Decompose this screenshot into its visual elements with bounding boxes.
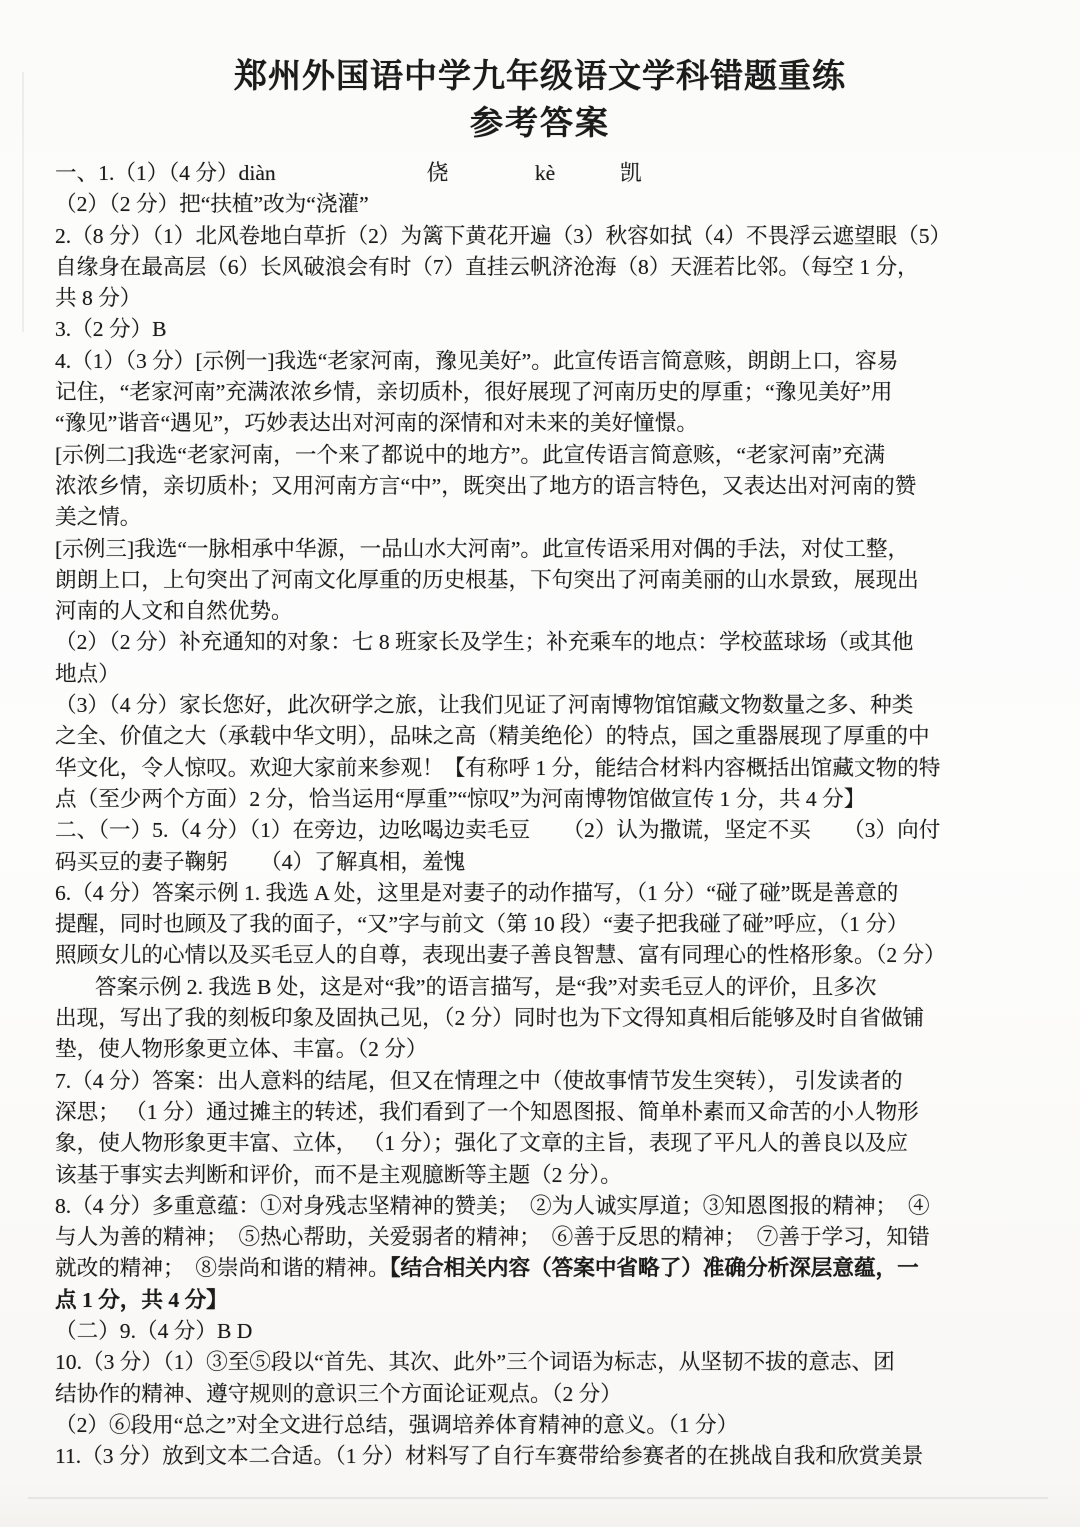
answer-line: 二、（一）5.（4 分）（1）在旁边，边吆喝边卖毛豆 （2）认为撒谎，坚定不买 … <box>55 815 1040 846</box>
answer-text: 7.（4 分）答案：出人意料的结尾，但又在情理之中（使故事情节发生突转）， 引发… <box>55 1069 903 1093</box>
answer-line: 与人为善的精神； ⑤热心帮助，关爱弱者的精神； ⑥善于反思的精神； ⑦善于学习，… <box>55 1222 1040 1253</box>
answer-text: 自缘身在最高层（6）长风破浪会有时（7）直挂云帆济沧海（8）天涯若比邻。（每空 … <box>55 255 919 279</box>
answer-line: 就改的精神； ⑧崇尚和谐的精神。【结合相关内容（答案中省略了）准确分析深层意蕴，… <box>55 1253 1040 1284</box>
answer-line: 照顾女儿的心情以及买毛豆人的自尊，表现出妻子善良智慧、富有同理心的性格形象。（2… <box>55 940 1040 971</box>
answer-line: 地点） <box>55 659 1040 690</box>
answer-line: 出现，写出了我的刻板印象及固执己见，（2 分）同时也为下文得知真相后能够及时自省… <box>55 1003 1040 1034</box>
answer-text: 象，使人物形象更丰富、立体， （1 分）；强化了文章的主旨，表现了平凡人的善良以… <box>55 1131 908 1155</box>
answer-line: 7.（4 分）答案：出人意料的结尾，但又在情理之中（使故事情节发生突转）， 引发… <box>55 1066 1040 1097</box>
answer-line: 该基于事实去判断和评价，而不是主观臆断等主题（2 分）。 <box>55 1160 1040 1191</box>
page-edge-left <box>22 72 24 332</box>
answer-text: 提醒，同时也顾及了我的面子，“又”字与前文（第 10 段）“妻子把我碰了碰”呼应… <box>55 912 909 936</box>
answer-text: 朗朗上口，上句突出了河南文化厚重的历史根基，下句突出了河南美丽的山水景致，展现出 <box>55 568 919 592</box>
page-edge-bottom <box>28 1497 1048 1499</box>
answer-text: 照顾女儿的心情以及买毛豆人的自尊，表现出妻子善良智慧、富有同理心的性格形象。（2… <box>55 943 946 967</box>
answer-text: 垫，使人物形象更立体、丰富。（2 分） <box>55 1037 428 1061</box>
answer-text: 就改的精神； ⑧崇尚和谐的精神。 <box>55 1256 390 1280</box>
answer-text: 美之情。 <box>55 505 141 529</box>
answer-text: （二）9.（4 分）B D <box>55 1319 252 1343</box>
answer-text: 记住，“老家河南”充满浓浓乡情，亲切质朴，很好展现了河南历史的厚重；“豫见美好”… <box>55 380 892 404</box>
answer-line: （2）（2 分）补充通知的对象：七 8 班家长及学生；补充乘车的地点：学校蓝球场… <box>55 627 1040 658</box>
answer-text: 6.（4 分）答案示例 1. 我选 A 处，这里是对妻子的动作描写，（1 分）“… <box>55 881 898 905</box>
answer-line: [示例二]我选“老家河南，一个来了都说中的地方”。此宣传语言简意赅，“老家河南”… <box>55 440 1040 471</box>
document-title: 郑州外国语中学九年级语文学科错题重练 <box>0 0 1080 97</box>
answer-text: 出现，写出了我的刻板印象及固执己见，（2 分）同时也为下文得知真相后能够及时自省… <box>55 1006 924 1030</box>
scanned-answer-sheet: 郑州外国语中学九年级语文学科错题重练 参考答案 一、1.（1）（4 分）diàn… <box>0 0 1080 1527</box>
answer-line: 6.（4 分）答案示例 1. 我选 A 处，这里是对妻子的动作描写，（1 分）“… <box>55 878 1040 909</box>
answer-line: （二）9.（4 分）B D <box>55 1316 1040 1347</box>
answer-text: 之全、价值之大（承载中华文明），品味之高（精美绝伦）的特点，国之重器展现了厚重的… <box>55 724 930 748</box>
answer-text: 3.（2 分）B <box>55 317 167 341</box>
answer-line: 码买豆的妻子鞠躬 （4）了解真相，羞愧 <box>55 847 1040 878</box>
answer-line: 记住，“老家河南”充满浓浓乡情，亲切质朴，很好展现了河南历史的厚重；“豫见美好”… <box>55 377 1040 408</box>
answer-text: 二、（一）5.（4 分）（1）在旁边，边吆喝边卖毛豆 （2）认为撒谎，坚定不买 … <box>55 818 940 842</box>
answer-line: [示例三]我选“一脉相承中华源，一品山水大河南”。此宣传语采用对偶的手法，对仗工… <box>55 534 1040 565</box>
answer-text: 该基于事实去判断和评价，而不是主观臆断等主题（2 分）。 <box>55 1163 622 1187</box>
answer-text: [示例二]我选“老家河南，一个来了都说中的地方”。此宣传语言简意赅，“老家河南”… <box>55 443 885 467</box>
answer-text: 深思； （1 分）通过摊主的转述，我们看到了一个知恩图报、简单朴素而又命苦的小人… <box>55 1100 919 1124</box>
answer-line: （2）⑥段用“总之”对全文进行总结，强调培养体育精神的意义。（1 分） <box>55 1410 1040 1441</box>
answer-text: 答案示例 2. 我选 B 处，这是对“我”的语言描写，是“我”对卖毛豆人的评价，… <box>95 975 877 999</box>
answer-text: 与人为善的精神； ⑤热心帮助，关爱弱者的精神； ⑥善于反思的精神； ⑦善于学习，… <box>55 1225 930 1249</box>
answer-line: 10.（3 分）（1）③至⑤段以“首先、其次、此外”三个词语为标志，从坚韧不拔的… <box>55 1347 1040 1378</box>
answer-text: 共 8 分） <box>55 286 141 310</box>
answer-text: “豫见”谐音“遇见”，巧妙表达出对河南的深情和对未来的美好憧憬。 <box>55 411 698 435</box>
answer-line: 深思； （1 分）通过摊主的转述，我们看到了一个知恩图报、简单朴素而又命苦的小人… <box>55 1097 1040 1128</box>
answer-line: 共 8 分） <box>55 283 1040 314</box>
answer-line: 结协作的精神、遵守规则的意识三个方面论证观点。（2 分） <box>55 1379 1040 1410</box>
answer-text: （2）（2 分）补充通知的对象：七 8 班家长及学生；补充乘车的地点：学校蓝球场… <box>55 630 913 654</box>
answer-text: 华文化，令人惊叹。欢迎大家前来参观！【有称呼 1 分，能结合材料内容概括出馆藏文… <box>55 756 940 780</box>
answer-line: 8.（4 分）多重意蕴：①对身残志坚精神的赞美； ②为人诚实厚道；③知恩图报的精… <box>55 1191 1040 1222</box>
answer-line: 自缘身在最高层（6）长风破浪会有时（7）直挂云帆济沧海（8）天涯若比邻。（每空 … <box>55 252 1040 283</box>
answer-text: 8.（4 分）多重意蕴：①对身残志坚精神的赞美； ②为人诚实厚道；③知恩图报的精… <box>55 1194 930 1218</box>
answer-text: 码买豆的妻子鞠躬 （4）了解真相，羞愧 <box>55 850 465 874</box>
answer-text: [示例三]我选“一脉相承中华源，一品山水大河南”。此宣传语采用对偶的手法，对仗工… <box>55 537 909 561</box>
answer-key-heading: 参考答案 <box>0 97 1080 144</box>
answer-text: 点（至少两个方面）2 分，恰当运用“厚重”“惊叹”为河南博物馆做宣传 1 分，共… <box>55 787 865 811</box>
answer-text: （3）（4 分）家长您好，此次研学之旅，让我们见证了河南博物馆馆藏文物数量之多、… <box>55 693 913 717</box>
answer-text: 一、1.（1）（4 分）diàn 侥 kè 凯 <box>55 161 642 185</box>
answer-line: 河南的人文和自然优势。 <box>55 596 1040 627</box>
answer-line: 美之情。 <box>55 502 1040 533</box>
scoring-note: 点 1 分，共 4 分】 <box>55 1288 228 1312</box>
answers-body: 一、1.（1）（4 分）diàn 侥 kè 凯（2）（2 分）把“扶植”改为“浇… <box>55 158 1040 1472</box>
answer-line: 象，使人物形象更丰富、立体， （1 分）；强化了文章的主旨，表现了平凡人的善良以… <box>55 1128 1040 1159</box>
answer-text: （2）⑥段用“总之”对全文进行总结，强调培养体育精神的意义。（1 分） <box>55 1413 738 1437</box>
answer-text: 10.（3 分）（1）③至⑤段以“首先、其次、此外”三个词语为标志，从坚韧不拔的… <box>55 1350 895 1374</box>
answer-text: 4.（1）（3 分）[示例一]我选“老家河南，豫见美好”。此宣传语言简意赅，朗朗… <box>55 349 898 373</box>
answer-line: 垫，使人物形象更立体、丰富。（2 分） <box>55 1034 1040 1065</box>
answer-text: 11.（3 分）放到文本二合适。（1 分）材料写了自行车赛带给参赛者的在挑战自我… <box>55 1444 923 1468</box>
answer-text: （2）（2 分）把“扶植”改为“浇灌” <box>55 192 369 216</box>
answer-line: 2.（8 分）（1）北风卷地白草折（2）为篱下黄花开遍（3）秋容如拭（4）不畏浮… <box>55 221 1040 252</box>
answer-text: 结协作的精神、遵守规则的意识三个方面论证观点。（2 分） <box>55 1382 622 1406</box>
answer-line: 答案示例 2. 我选 B 处，这是对“我”的语言描写，是“我”对卖毛豆人的评价，… <box>55 972 1040 1003</box>
answer-text: 河南的人文和自然优势。 <box>55 599 293 623</box>
answer-text: 浓浓乡情，亲切质朴；又用河南方言“中”，既突出了地方的语言特色，又表达出对河南的… <box>55 474 916 498</box>
answer-line: （2）（2 分）把“扶植”改为“浇灌” <box>55 189 1040 220</box>
answer-line: （3）（4 分）家长您好，此次研学之旅，让我们见证了河南博物馆馆藏文物数量之多、… <box>55 690 1040 721</box>
answer-line: 点（至少两个方面）2 分，恰当运用“厚重”“惊叹”为河南博物馆做宣传 1 分，共… <box>55 784 1040 815</box>
answer-line: 一、1.（1）（4 分）diàn 侥 kè 凯 <box>55 158 1040 189</box>
answer-line: 11.（3 分）放到文本二合适。（1 分）材料写了自行车赛带给参赛者的在挑战自我… <box>55 1441 1040 1472</box>
answer-line: 朗朗上口，上句突出了河南文化厚重的历史根基，下句突出了河南美丽的山水景致，展现出 <box>55 565 1040 596</box>
answer-line: 提醒，同时也顾及了我的面子，“又”字与前文（第 10 段）“妻子把我碰了碰”呼应… <box>55 909 1040 940</box>
answer-line: 4.（1）（3 分）[示例一]我选“老家河南，豫见美好”。此宣传语言简意赅，朗朗… <box>55 346 1040 377</box>
answer-line: 浓浓乡情，亲切质朴；又用河南方言“中”，既突出了地方的语言特色，又表达出对河南的… <box>55 471 1040 502</box>
answer-text: 2.（8 分）（1）北风卷地白草折（2）为篱下黄花开遍（3）秋容如拭（4）不畏浮… <box>55 224 951 248</box>
answer-line: 之全、价值之大（承载中华文明），品味之高（精美绝伦）的特点，国之重器展现了厚重的… <box>55 721 1040 752</box>
answer-line: “豫见”谐音“遇见”，巧妙表达出对河南的深情和对未来的美好憧憬。 <box>55 408 1040 439</box>
answer-line: 华文化，令人惊叹。欢迎大家前来参观！【有称呼 1 分，能结合材料内容概括出馆藏文… <box>55 753 1040 784</box>
answer-line: 3.（2 分）B <box>55 314 1040 345</box>
scoring-note: 【结合相关内容（答案中省略了）准确分析深层意蕴，一 <box>390 1256 919 1280</box>
answer-text: 地点） <box>55 662 120 686</box>
answer-line: 点 1 分，共 4 分】 <box>55 1285 1040 1316</box>
